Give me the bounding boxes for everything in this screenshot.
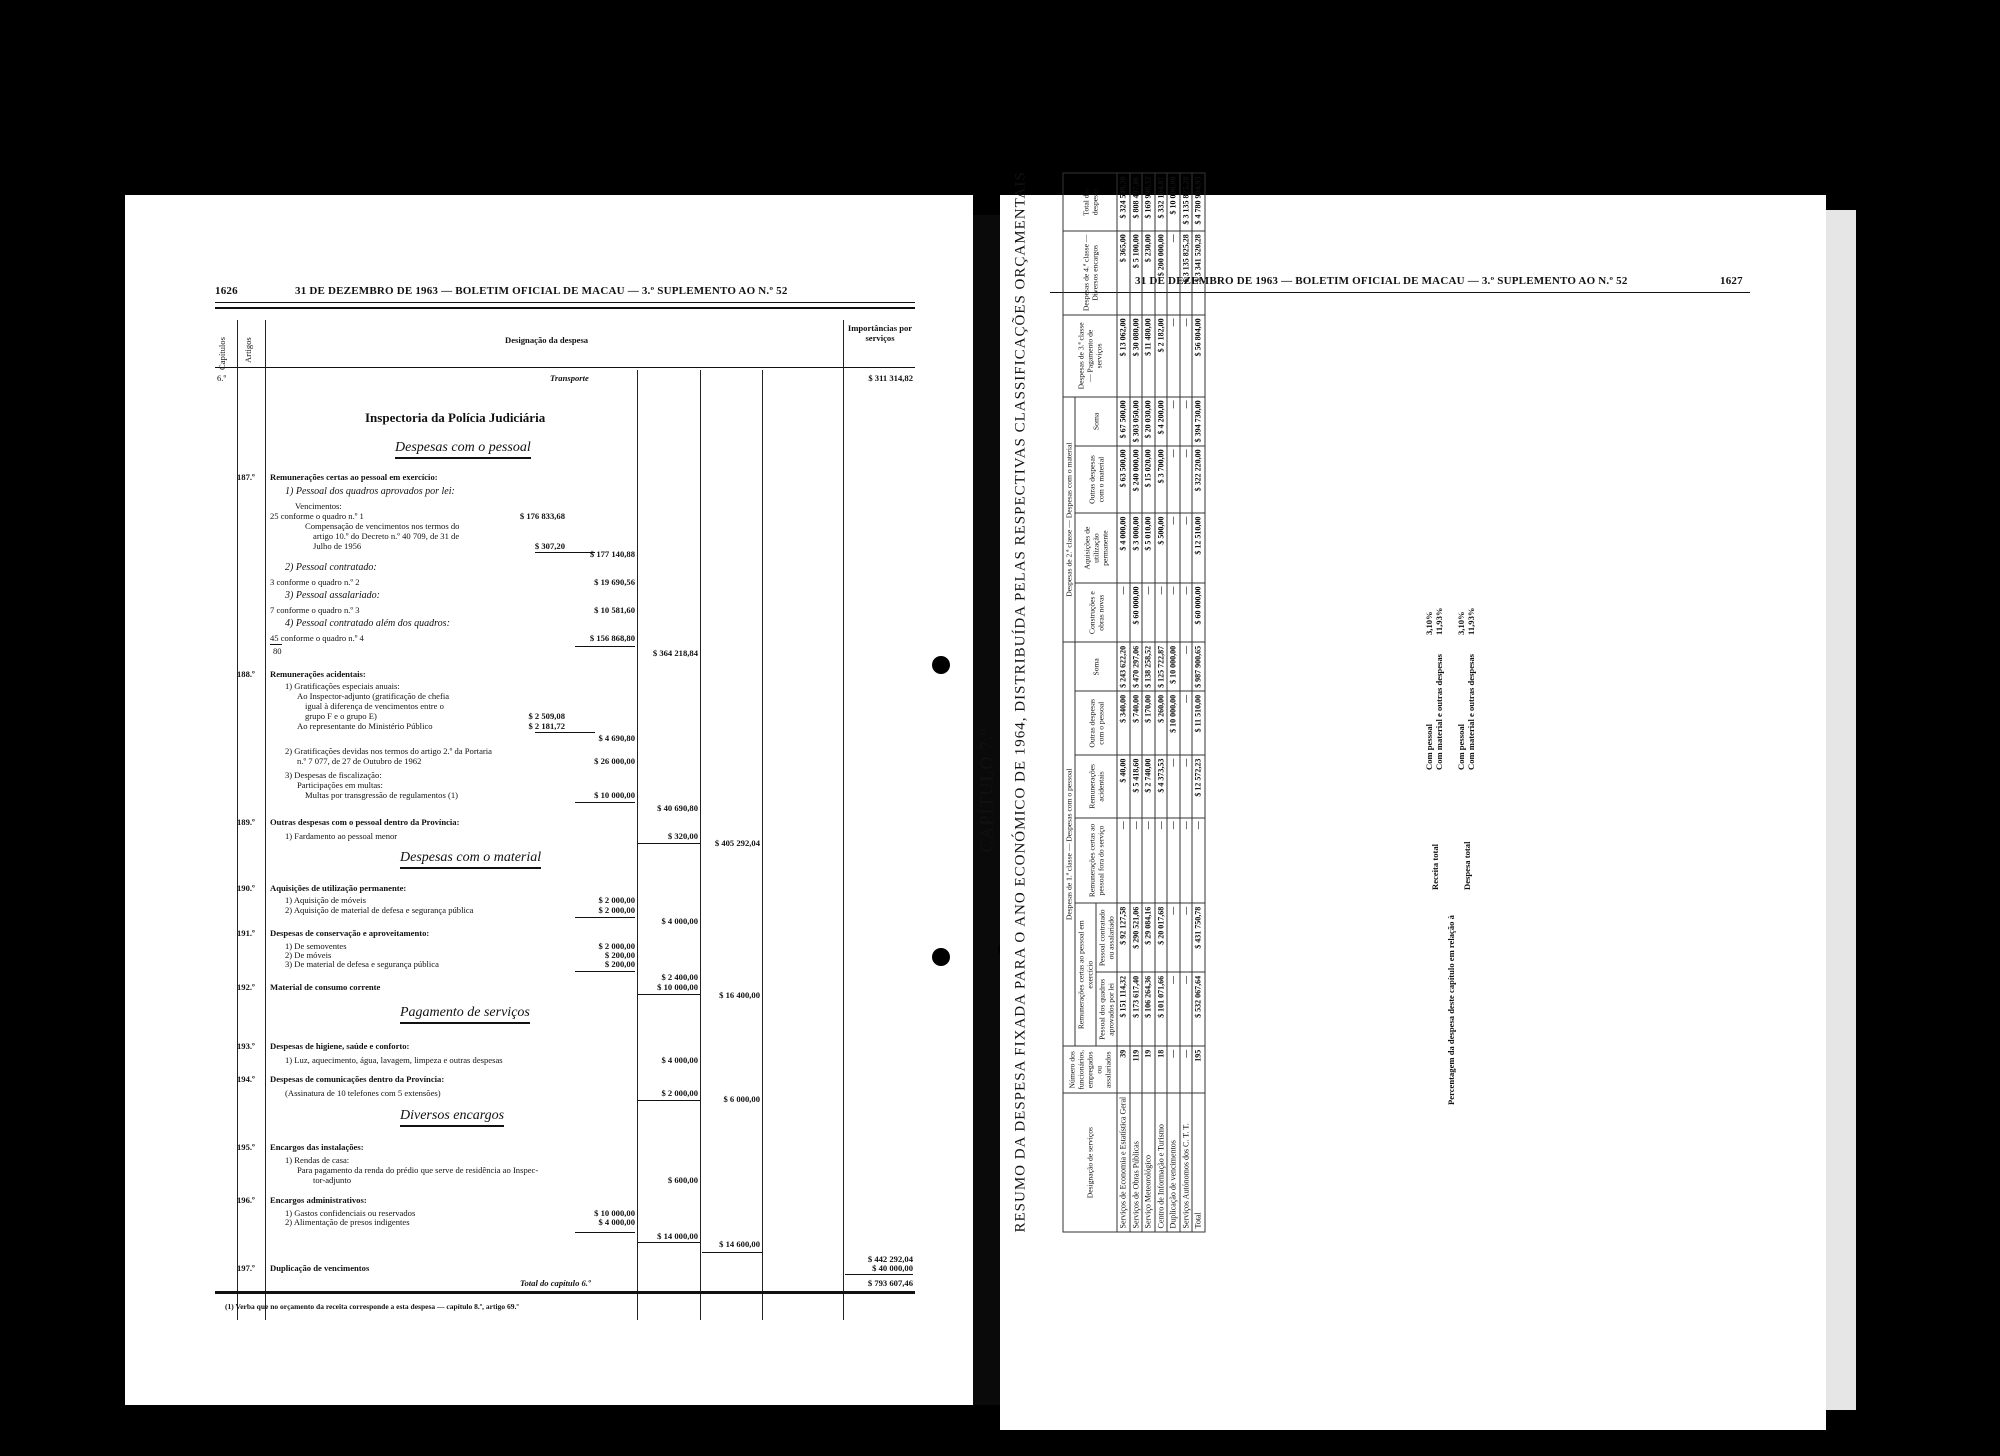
- cell-value: $ 4 000,00: [1117, 513, 1130, 583]
- item-value: $ 177 140,88: [565, 549, 635, 559]
- article-title: Aquisições de utilização permanente:: [270, 883, 406, 893]
- cell-value: $ 10 000,00: [1167, 173, 1180, 231]
- table-row: Centro de Informação e Turismo18$ 101 07…: [1155, 173, 1168, 1232]
- col-header: Outras despesas com o material: [1075, 446, 1117, 513]
- cell-value: —: [1167, 972, 1180, 1046]
- cell-value: $ 12 510,00: [1192, 513, 1205, 583]
- cell-value: —: [1167, 1046, 1180, 1093]
- service-name: Centro de Informação e Turismo: [1155, 1093, 1168, 1232]
- cell-value: $ 60 000,00: [1192, 583, 1205, 642]
- item-value: $ 2 181,72: [505, 721, 565, 731]
- item-value: $ 156 868,80: [565, 633, 635, 643]
- item-label: Ao Inspector-adjunto (gratificação de ch…: [297, 691, 449, 701]
- item-value: $ 176 833,68: [505, 511, 565, 521]
- cell-value: $ 40,00: [1117, 755, 1130, 818]
- item-label: 1) Rendas de casa:: [285, 1155, 349, 1165]
- article-total: $ 14 000,00: [638, 1231, 698, 1241]
- section-title: Inspectoria da Polícia Judiciária: [365, 413, 545, 423]
- table-row: Serviços de Economia e Estatística Geral…: [1117, 173, 1130, 1232]
- cell-value: $ 12 572,23: [1192, 755, 1205, 818]
- cell-value: —: [1180, 642, 1193, 691]
- item-label: tor-adjunto: [313, 1175, 351, 1185]
- cell-value: $ 30 080,00: [1130, 315, 1143, 397]
- cell-value: $ 3 135 825,28: [1180, 231, 1193, 315]
- punch-hole: [932, 948, 950, 966]
- cell-value: —: [1155, 583, 1168, 642]
- cell-value: $ 106 264,36: [1142, 972, 1155, 1046]
- item-label: Para pagamento da renda do prédio que se…: [297, 1165, 538, 1175]
- group-header: Despesas de 2.ª classe — Despesas com o …: [1063, 397, 1075, 642]
- cell-value: $ 394 730,00: [1192, 397, 1205, 446]
- article-number: 187.º: [237, 472, 255, 482]
- article-total: $ 2 400,00: [638, 972, 698, 982]
- cell-value: $ 20 017,68: [1155, 903, 1168, 972]
- article-total: $ 364 218,84: [638, 648, 698, 658]
- heading-servicos: Pagamento de serviços: [400, 1005, 530, 1024]
- cell-value: 39: [1117, 1046, 1130, 1093]
- cell-value: —: [1180, 972, 1193, 1046]
- cell-value: $ 20 030,00: [1142, 397, 1155, 446]
- heading-encargos: Diversos encargos: [400, 1108, 504, 1127]
- cell-value: 19: [1142, 1046, 1155, 1093]
- table-row: Serviços de Obras Públicas119$ 173 617,4…: [1130, 173, 1143, 1232]
- service-name: Duplicação de vencimentos: [1167, 1093, 1180, 1232]
- item-value: $ 10 000,00: [565, 790, 635, 800]
- cell-value: $ 470 297,06: [1130, 642, 1143, 691]
- table-title: RESUMO DA DESPESA FIXADA PARA O ANO ECON…: [1017, 171, 1027, 1232]
- item-value: $ 4 690,80: [565, 733, 635, 743]
- item-label: 2) Aquisição de material de defesa e seg…: [285, 905, 474, 915]
- col-header: Outras despesas com o pessoal: [1075, 691, 1117, 755]
- left-page: 1626 31 DE DEZEMBRO DE 1963 — BOLETIM OF…: [125, 195, 973, 1405]
- cell-value: —: [1180, 1046, 1193, 1093]
- item-value: $ 2 000,00: [638, 1088, 698, 1098]
- col-capitulos: Capítulos: [217, 337, 227, 370]
- cell-value: $ 151 114,32: [1117, 972, 1130, 1046]
- cell-value: $ 230,00: [1142, 231, 1155, 315]
- col-header: Soma: [1075, 642, 1117, 691]
- article-title: Encargos administrativos:: [270, 1195, 367, 1205]
- item-value: $ 4 000,00: [565, 1217, 635, 1227]
- page-number: 1627: [1720, 275, 1743, 287]
- item-value: $ 4 000,00: [638, 1055, 698, 1065]
- cell-value: —: [1180, 397, 1193, 446]
- cell-value: $ 5 418,60: [1130, 755, 1143, 818]
- item-value: $ 10 581,60: [565, 605, 635, 615]
- footnote: (1) Verba que no orçamento da receita co…: [225, 1302, 519, 1312]
- cell-value: $ 303 050,00: [1130, 397, 1143, 446]
- cell-value: $ 240 000,00: [1130, 446, 1143, 513]
- cell-value: $ 170,00: [1142, 691, 1155, 755]
- com-material-label: Com material e outras despesas: [1434, 654, 1444, 770]
- right-page: 31 DE DEZEMBRO DE 1963 — BOLETIM OFICIAL…: [1000, 195, 1826, 1430]
- item-label: igual à diferença de vencimentos entre o: [305, 701, 444, 711]
- table-row: Duplicação de vencimentos—————$ 10 000,0…: [1167, 173, 1180, 1232]
- cell-value: $ 2 182,00: [1155, 315, 1168, 397]
- service-name: Serviço Meteorológico: [1142, 1093, 1155, 1232]
- item-value: $ 600,00: [638, 1175, 698, 1185]
- item-label: (Assinatura de 10 telefones com 5 extens…: [285, 1088, 441, 1098]
- service-name: Total: [1192, 1093, 1205, 1232]
- com-pessoal-label: Com pessoal: [1456, 724, 1466, 770]
- cell-value: —: [1180, 315, 1193, 397]
- cell-value: $ 4 373,53: [1155, 755, 1168, 818]
- chapter-total: $ 793 607,46: [845, 1278, 913, 1288]
- service-name: Serviços de Economia e Estatística Geral: [1117, 1093, 1130, 1232]
- article-number: 190.º: [237, 883, 255, 893]
- cell-value: $ 67 500,00: [1117, 397, 1130, 446]
- summary-table: Designação de serviços Número dos funcio…: [1063, 173, 1206, 1233]
- article-number: 194.º: [237, 1074, 255, 1084]
- cell-value: —: [1180, 818, 1193, 904]
- cell-value: $ 101 071,66: [1155, 972, 1168, 1046]
- cell-value: $ 138 258,52: [1142, 642, 1155, 691]
- article-title: Duplicação de vencimentos: [270, 1263, 369, 1273]
- service-name: Serviços Autónomos dos C. T. T.: [1180, 1093, 1193, 1232]
- total-row: Total195$ 532 067,64$ 431 750,78—$ 12 57…: [1192, 173, 1205, 1232]
- item-label: Ao representante do Ministério Público: [297, 721, 433, 731]
- section-total: $ 14 600,00: [702, 1239, 760, 1249]
- despesa-label: Despesa total: [1462, 842, 1472, 890]
- cell-value: —: [1167, 755, 1180, 818]
- col-header: Designação de serviços: [1063, 1093, 1117, 1232]
- article-number: 195.º: [237, 1142, 255, 1152]
- article-number: 196.º: [237, 1195, 255, 1205]
- item-value: $ 200,00: [565, 959, 635, 969]
- cell-value: —: [1167, 315, 1180, 397]
- article-number: 193.º: [237, 1041, 255, 1051]
- summary-table-rotated: RESUMO DA DESPESA FIXADA PARA O ANO ECON…: [1023, 173, 1378, 1233]
- item-label: Participações em multas:: [297, 780, 383, 790]
- col-header: Total das despesas: [1063, 173, 1117, 231]
- cell-value: $ 173 617,40: [1130, 972, 1143, 1046]
- table-row: Serviços Autónomos dos C. T. T.—————————…: [1180, 173, 1193, 1232]
- item-value: $ 2 509,08: [505, 711, 565, 721]
- item-value: $ 26 000,00: [565, 756, 635, 766]
- page-edge: [1826, 210, 1856, 1410]
- item-label: 45 conforme o quadro n.º 4: [270, 633, 364, 643]
- page-number: 1626: [215, 285, 238, 297]
- cell-value: $ 10 000,00: [1167, 691, 1180, 755]
- article-total: $ 4 000,00: [638, 916, 698, 926]
- chapter-total-label: Total do capítulo 6.º: [520, 1278, 591, 1288]
- cell-value: $ 3 135 825,28: [1180, 173, 1193, 231]
- cell-value: —: [1167, 903, 1180, 972]
- cell-value: —: [1167, 513, 1180, 583]
- item-label: Julho de 1956: [313, 541, 361, 551]
- section-total: $ 405 292,04: [702, 838, 760, 848]
- item-label: 1) Aquisição de móveis: [285, 895, 366, 905]
- cell-value: 18: [1155, 1046, 1168, 1093]
- item-value: $ 2 000,00: [565, 905, 635, 915]
- col-importancias: Importâncias por serviços: [845, 323, 915, 343]
- cell-value: —: [1155, 818, 1168, 904]
- item-value: $ 19 690,56: [565, 577, 635, 587]
- cell-value: 119: [1130, 1046, 1143, 1093]
- article-title: Outras despesas com o pessoal dentro da …: [270, 817, 459, 827]
- cell-value: $ 3 700,00: [1155, 446, 1168, 513]
- cell-value: $ 365,00: [1117, 231, 1130, 315]
- item-label: 7 conforme o quadro n.º 3: [270, 605, 360, 615]
- cell-value: $ 808 497,06: [1130, 173, 1143, 231]
- item-label: 1) Pessoal dos quadros aprovados por lei…: [285, 487, 455, 497]
- cell-value: $ 169 998,52: [1142, 173, 1155, 231]
- item-label: 1) Luz, aquecimento, água, lavagem, limp…: [285, 1055, 503, 1065]
- item-label: 4) Pessoal contratado além dos quadros:: [285, 619, 450, 629]
- cell-value: $ 740,00: [1130, 691, 1143, 755]
- cell-value: $ 4 200,00: [1155, 397, 1168, 446]
- cell-value: $ 3 000,00: [1130, 513, 1143, 583]
- col-designacao: Designação da despesa: [505, 335, 588, 345]
- item-label: Multas por transgressão de regulamentos …: [305, 790, 458, 800]
- item-label: Compensação de vencimentos nos termos do: [305, 521, 459, 531]
- cell-value: $ 15 020,00: [1142, 446, 1155, 513]
- col-artigos: Artigos: [243, 337, 253, 363]
- item-value: $ 320,00: [638, 831, 698, 841]
- chapter-number: 6.º: [217, 373, 226, 383]
- chapter-title: CAPÍTULO 7.º: [983, 728, 993, 853]
- article-title: Encargos das instalações:: [270, 1142, 364, 1152]
- article-total: $ 40 690,80: [638, 803, 698, 813]
- article-number: 189.º: [237, 817, 255, 827]
- cell-value: $ 13 062,00: [1117, 315, 1130, 397]
- percentages-label: Percentagem da despesa deste capítulo em…: [1446, 915, 1456, 1105]
- item-label: 3) Despesas de fiscalização:: [285, 770, 382, 780]
- cell-value: $ 63 500,00: [1117, 446, 1130, 513]
- com-material-label: Com material e outras despesas: [1466, 654, 1476, 770]
- percentages-block: Percentagem da despesa deste capítulo em…: [1410, 605, 1490, 1105]
- cell-value: $ 4 780 994,93: [1192, 173, 1205, 231]
- cell-value: —: [1192, 818, 1205, 904]
- cell-value: $ 3 341 520,28: [1192, 231, 1205, 315]
- group-header: Despesas de 3.ª classe — Pagamento de se…: [1063, 315, 1117, 397]
- col-header: Pessoal dos quadros aprovados por lei: [1096, 972, 1117, 1046]
- transporte-value: $ 311 314,82: [845, 373, 913, 383]
- cell-value: $ 11 480,00: [1142, 315, 1155, 397]
- cell-value: —: [1180, 583, 1193, 642]
- cell-value: $ 5 100,00: [1130, 231, 1143, 315]
- cell-value: $ 332 104,87: [1155, 173, 1168, 231]
- col-header: Aquisições de utilização permanente: [1075, 513, 1117, 583]
- cell-value: $ 2 740,00: [1142, 755, 1155, 818]
- article-title: Despesas de conservação e aproveitamento…: [270, 928, 429, 938]
- cell-value: $ 500,00: [1155, 513, 1168, 583]
- despesa-pessoal-pct: 3,10%: [1456, 611, 1466, 635]
- cell-value: $ 10 000,00: [1167, 642, 1180, 691]
- section-total: $ 16 400,00: [702, 990, 760, 1000]
- cell-value: —: [1180, 903, 1193, 972]
- cell-value: $ 11 510,00: [1192, 691, 1205, 755]
- cell-value: —: [1180, 755, 1193, 818]
- receita-pessoal-pct: 3,10%: [1424, 611, 1434, 635]
- item-label: 2) Alimentação de presos indigentes: [285, 1217, 410, 1227]
- cell-value: $ 987 900,65: [1192, 642, 1205, 691]
- item-label: Vencimentos:: [295, 501, 342, 511]
- item-label: 1) Fardamento ao pessoal menor: [285, 831, 397, 841]
- item-label: n.º 7 077, de 27 de Outubro de 1962: [297, 756, 421, 766]
- cell-value: $ 125 722,87: [1155, 642, 1168, 691]
- cell-value: 195: [1192, 1046, 1205, 1093]
- staff-total: 80: [273, 646, 282, 656]
- article-number: 191.º: [237, 928, 255, 938]
- cell-value: —: [1167, 818, 1180, 904]
- article-number: 197.º: [237, 1263, 255, 1273]
- cell-value: —: [1180, 691, 1193, 755]
- cell-value: $ 200 000,00: [1155, 231, 1168, 315]
- item-label: 1) Gratificações especiais anuais:: [285, 681, 400, 691]
- cell-value: —: [1167, 231, 1180, 315]
- article-number: 188.º: [237, 669, 255, 679]
- heading-pessoal: Despesas com o pessoal: [395, 440, 531, 459]
- cell-value: $ 431 750,78: [1192, 903, 1205, 972]
- item-label: artigo 10.º do Decreto n.º 40 709, de 31…: [313, 531, 459, 541]
- article-title: Despesas de comunicações dentro da Proví…: [270, 1074, 444, 1084]
- cell-value: $ 532 067,64: [1192, 972, 1205, 1046]
- col-header: Soma: [1075, 397, 1117, 446]
- section-total: $ 6 000,00: [702, 1094, 760, 1104]
- cell-value: $ 29 084,16: [1142, 903, 1155, 972]
- col-header: Remunerações acidentais: [1075, 755, 1117, 818]
- item-label: 3 conforme o quadro n.º 2: [270, 577, 360, 587]
- cell-value: —: [1142, 818, 1155, 904]
- col-header: Construções e obras novas: [1075, 583, 1117, 642]
- article-title: Material de consumo corrente: [270, 982, 380, 992]
- cell-value: —: [1167, 446, 1180, 513]
- item-label: 2) Pessoal contratado:: [285, 563, 377, 573]
- item-label: 3) De material de defesa e segurança púb…: [285, 959, 439, 969]
- cell-value: $ 322 220,00: [1192, 446, 1205, 513]
- item-label: 25 conforme o quadro n.º 1: [270, 511, 364, 521]
- com-pessoal-label: Com pessoal: [1424, 724, 1434, 770]
- article-title: Remunerações acidentais:: [270, 669, 366, 679]
- item-label: 2) Gratificações devidas nos termos do a…: [285, 746, 492, 756]
- transporte-label: Transporte: [550, 373, 589, 383]
- despesa-material-pct: 11,93%: [1466, 608, 1476, 635]
- item-value: $ 2 000,00: [565, 895, 635, 905]
- article-number: 192.º: [237, 982, 255, 992]
- item-value: $ 307,20: [505, 541, 565, 551]
- cell-value: —: [1117, 818, 1130, 904]
- cell-value: —: [1130, 818, 1143, 904]
- item-value: $ 10 000,00: [638, 982, 698, 992]
- cell-value: $ 243 622,20: [1117, 642, 1130, 691]
- cell-value: $ 56 804,00: [1192, 315, 1205, 397]
- receita-label: Receita total: [1430, 844, 1440, 890]
- cell-value: $ 324 549,20: [1117, 173, 1130, 231]
- group-header: Despesas de 4.ª classe — Diversos encarg…: [1063, 231, 1117, 315]
- cell-value: —: [1167, 397, 1180, 446]
- table-row: Serviço Meteorológico19$ 106 264,36$ 29 …: [1142, 173, 1155, 1232]
- col-header: Número dos funcionários, empregados ou a…: [1063, 1046, 1117, 1093]
- cell-value: $ 290 521,06: [1130, 903, 1143, 972]
- cell-value: —: [1180, 513, 1193, 583]
- cell-value: —: [1117, 583, 1130, 642]
- receita-material-pct: 11,93%: [1434, 608, 1444, 635]
- heading-material: Despesas com o material: [400, 850, 541, 869]
- group-header: Remunerações certas ao pessoal em exercí…: [1075, 903, 1096, 1046]
- cell-value: —: [1167, 583, 1180, 642]
- col-header: Pessoal contratado ou assalariado: [1096, 903, 1117, 972]
- cell-value: $ 92 127,58: [1117, 903, 1130, 972]
- group-header: Despesas de 1.ª classe — Despesas com o …: [1063, 642, 1075, 1046]
- cell-value: $ 340,00: [1117, 691, 1130, 755]
- cell-value: —: [1180, 446, 1193, 513]
- item-value: $ 40 000,00: [845, 1263, 913, 1273]
- cell-value: $ 260,00: [1155, 691, 1168, 755]
- cell-value: $ 60 000,00: [1130, 583, 1143, 642]
- item-label: 3) Pessoal assalariado:: [285, 591, 380, 601]
- service-name: Serviços de Obras Públicas: [1130, 1093, 1143, 1232]
- item-label: grupo F e o grupo E): [305, 711, 377, 721]
- col-header: Remunerações certas ao pessoal fora do s…: [1075, 818, 1117, 904]
- article-title: Despesas de higiene, saúde e conforto:: [270, 1041, 409, 1051]
- cell-value: —: [1142, 583, 1155, 642]
- punch-hole: [932, 656, 950, 674]
- article-title: Remunerações certas ao pessoal em exercí…: [270, 472, 438, 482]
- cell-value: $ 5 010,00: [1142, 513, 1155, 583]
- running-head: 31 DE DEZEMBRO DE 1963 — BOLETIM OFICIAL…: [295, 285, 788, 297]
